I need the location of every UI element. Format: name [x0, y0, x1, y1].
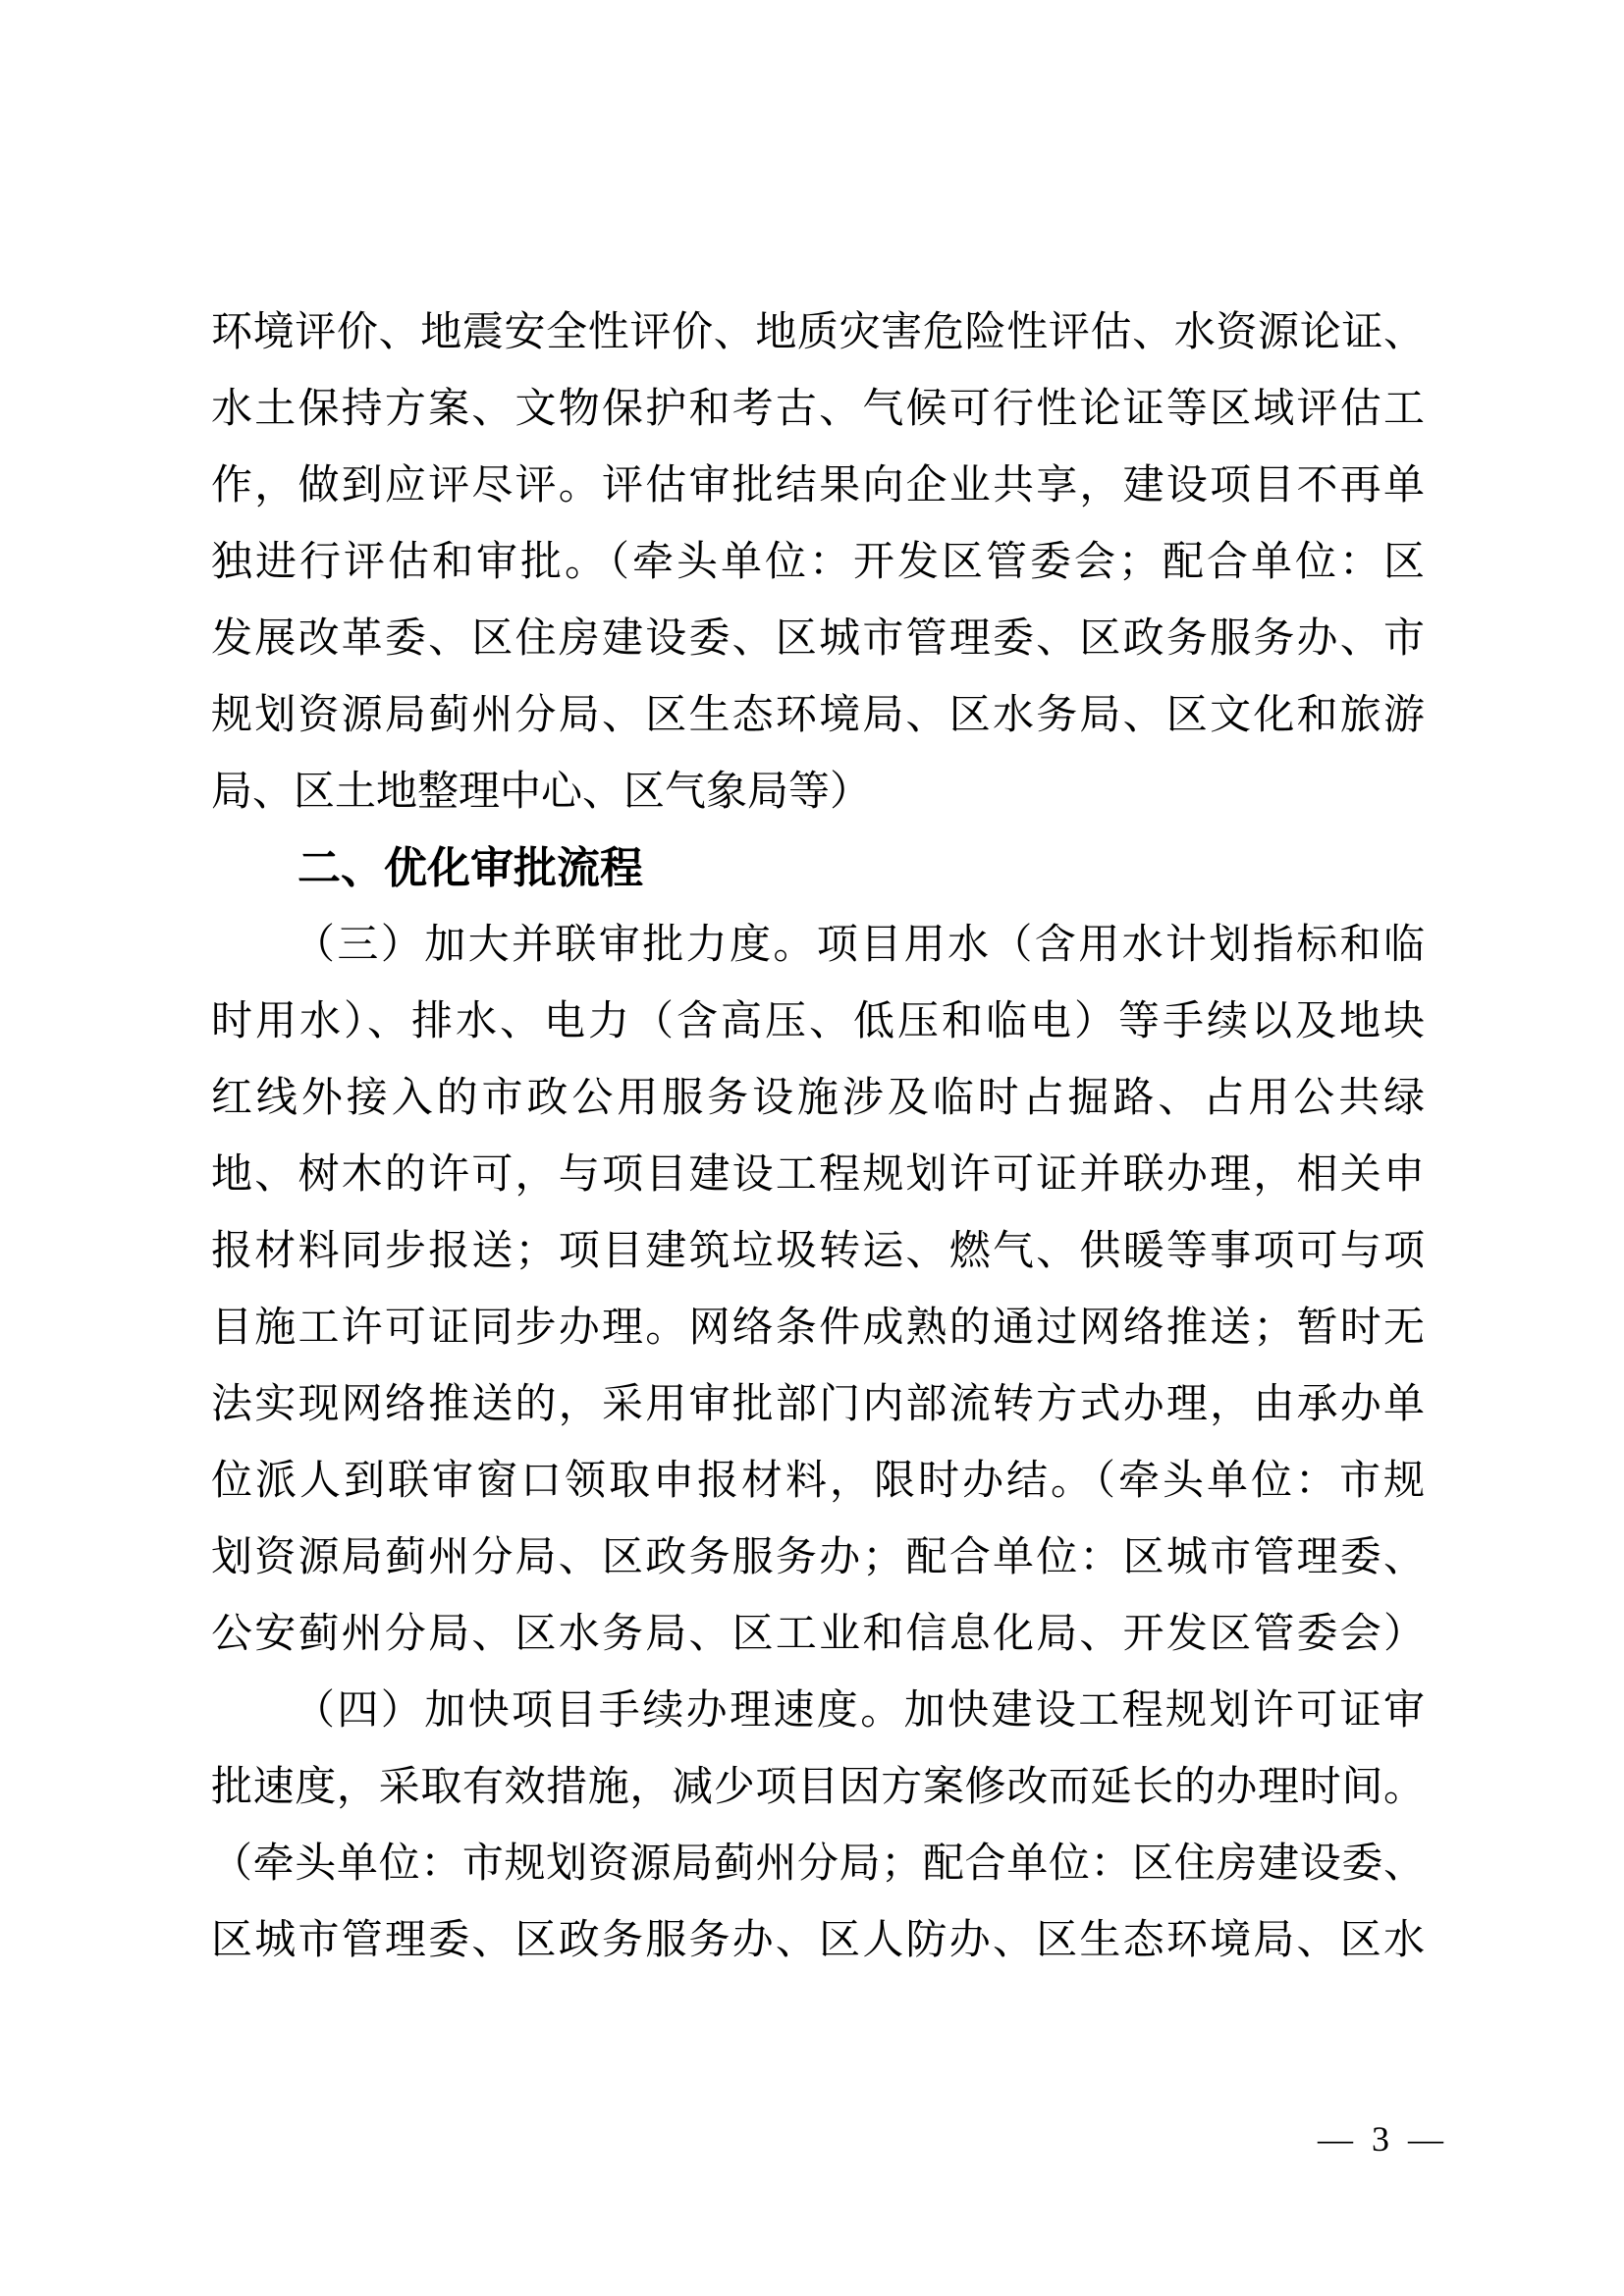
- text-line: 批速度，采取有效措施，减少项目因方案修改而延长的办理时间。: [211, 1749, 1425, 1826]
- document-body: 环境评价、地震安全性评价、地质灾害危险性评估、水资源论证、 水土保持方案、文物保…: [211, 294, 1425, 1979]
- text-line: 发展改革委、区住房建设委、区城市管理委、区政务服务办、市: [211, 601, 1425, 677]
- page-number: — 3 —: [1318, 2118, 1448, 2160]
- text-line: 划资源局蓟州分局、区政务服务办；配合单位：区城市管理委、: [211, 1520, 1425, 1596]
- text-line: 红线外接入的市政公用服务设施涉及临时占掘路、占用公共绿: [211, 1060, 1425, 1137]
- text-line: 局、区土地整理中心、区气象局等）: [211, 754, 1425, 830]
- text-line: 独进行评估和审批。（牵头单位：开发区管委会；配合单位：区: [211, 524, 1425, 601]
- text-line: 环境评价、地震安全性评价、地质灾害危险性评估、水资源论证、: [211, 294, 1425, 371]
- text-line: 地、树木的许可，与项目建设工程规划许可证并联办理，相关申: [211, 1137, 1425, 1213]
- text-line: （四）加快项目手续办理速度。加快建设工程规划许可证审: [211, 1673, 1425, 1749]
- text-line: 水土保持方案、文物保护和考古、气候可行性论证等区域评估工: [211, 371, 1425, 448]
- text-line: 报材料同步报送；项目建筑垃圾转运、燃气、供暖等事项可与项: [211, 1213, 1425, 1290]
- text-line: 时用水）、排水、电力（含高压、低压和临电）等手续以及地块: [211, 984, 1425, 1060]
- section-heading: 二、优化审批流程: [211, 830, 1425, 907]
- text-line: （三）加大并联审批力度。项目用水（含用水计划指标和临: [211, 907, 1425, 984]
- text-line: 区城市管理委、区政务服务办、区人防办、区生态环境局、区水: [211, 1902, 1425, 1979]
- document-page: 环境评价、地震安全性评价、地质灾害危险性评估、水资源论证、 水土保持方案、文物保…: [0, 0, 1624, 2296]
- text-line: 规划资源局蓟州分局、区生态环境局、区水务局、区文化和旅游: [211, 677, 1425, 754]
- text-line: 法实现网络推送的，采用审批部门内部流转方式办理，由承办单: [211, 1366, 1425, 1443]
- text-line: 目施工许可证同步办理。网络条件成熟的通过网络推送；暂时无: [211, 1290, 1425, 1366]
- text-line: 作，做到应评尽评。评估审批结果向企业共享，建设项目不再单: [211, 448, 1425, 524]
- text-line: （牵头单位：市规划资源局蓟州分局；配合单位：区住房建设委、: [211, 1826, 1425, 1902]
- text-line: 公安蓟州分局、区水务局、区工业和信息化局、开发区管委会）: [211, 1596, 1425, 1673]
- text-line: 位派人到联审窗口领取申报材料，限时办结。（牵头单位：市规: [211, 1443, 1425, 1520]
